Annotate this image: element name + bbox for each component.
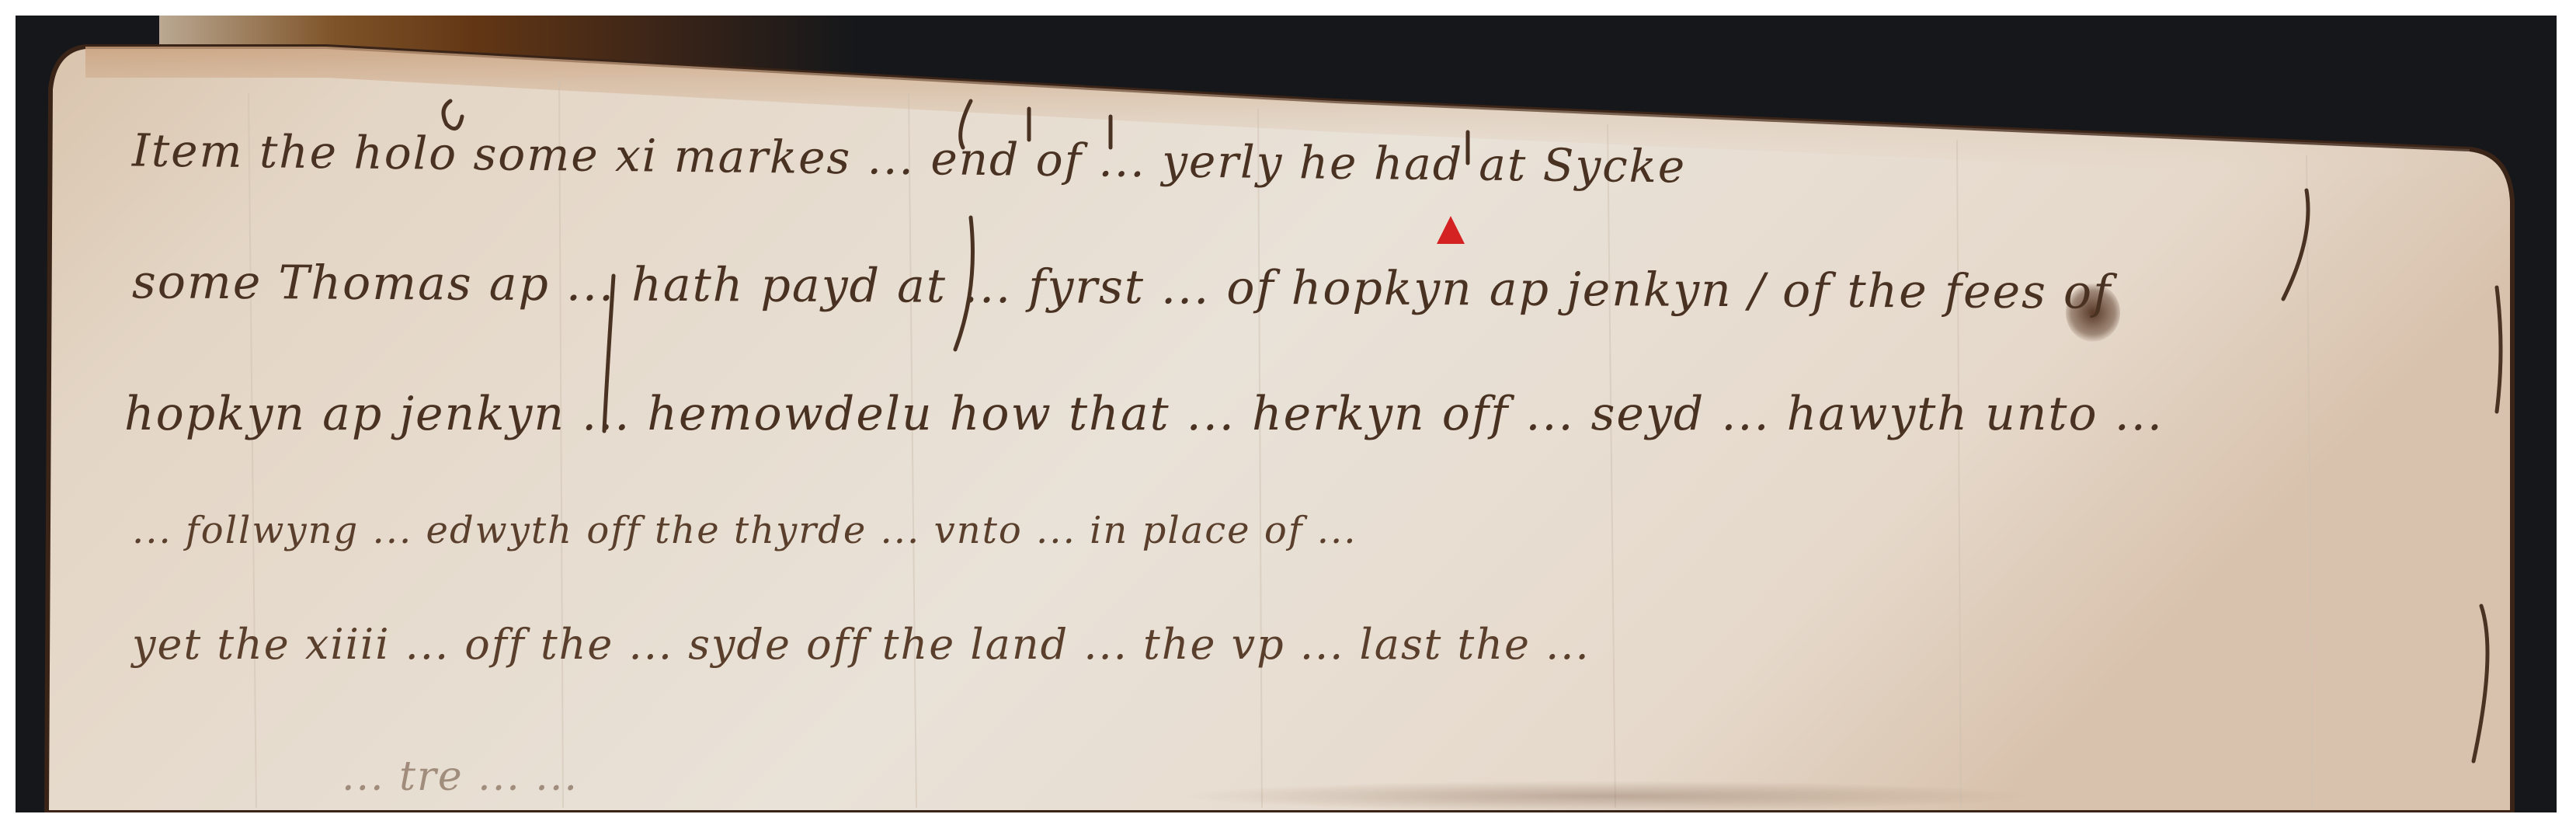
bottom-stain: [1180, 781, 2035, 812]
manuscript-line-5: yet the xiiii ... off the ... syde off t…: [132, 620, 1590, 669]
manuscript-line-2: some Thomas ap ... hath payd at ... fyrs…: [132, 255, 2112, 319]
manuscript-line-3: hopkyn ap jenkyn ... hemowdelu how that …: [124, 387, 2164, 441]
manuscript-line-6-faint: ... tre ... ...: [342, 753, 579, 800]
manuscript-photo: Item the holo some xi markes ... end of …: [16, 16, 2557, 812]
manuscript-line-4: ... follwyng ... edwyth off the thyrde .…: [132, 509, 1358, 552]
